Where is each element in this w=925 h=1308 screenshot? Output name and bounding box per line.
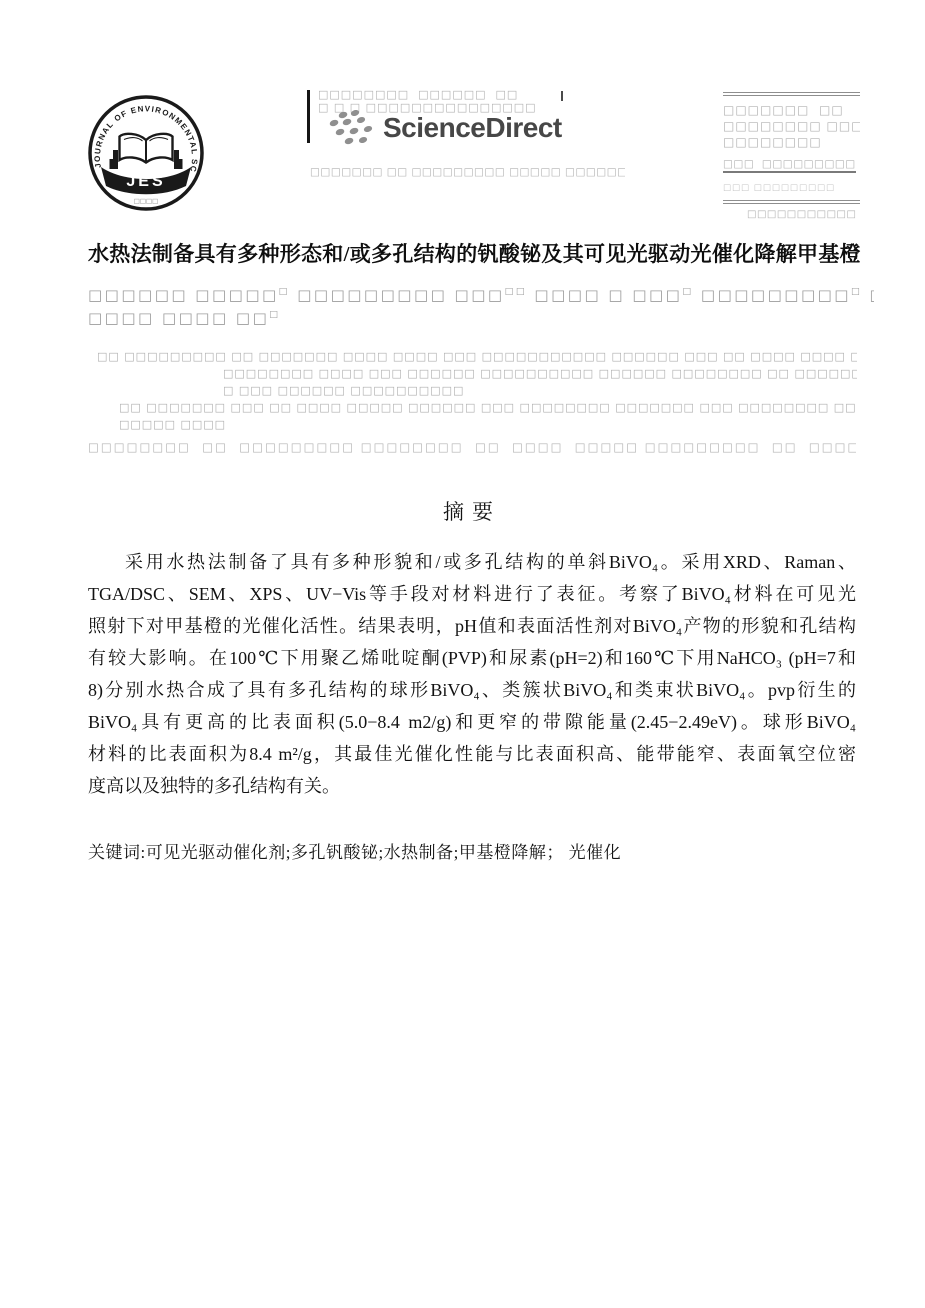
document-page: JOURNAL OF ENVIRONMENTAL SCIENCES JES □□… — [0, 0, 925, 1308]
authors-block: □□□□□□ □□□□□□ □□□□□□□□□ □□□□□ □□□□ □ □□□… — [88, 284, 874, 330]
abstract-heading: 摘要 — [88, 496, 856, 526]
jes-banner-text: JES — [126, 173, 165, 190]
vertical-rule — [307, 90, 310, 143]
received-dates-line: □□□□□□□□ □□ □□□□□□□□□ □□□□□□□□ □□ □□□□ □… — [88, 440, 856, 454]
affiliation-line: □□□□□□□□ □□□□ □□□ □□□□□□ □□□□□□□□□□ □□□□… — [97, 365, 857, 382]
article-title: 水热法制备具有多种形态和/或多孔结构的钒酸铋及其可见光驱动光催化降解甲基橙 — [88, 238, 888, 268]
double-rule-top — [723, 92, 860, 96]
journal-info-box: □□□□□□□ □□ □□□□□□□□ □□□□□ □□□□□□□□ □□□ □… — [723, 92, 860, 220]
redacted-citation-line: □□□□□□□ □□ □□□□□□□□□ □□□□□ □□□□□□□□ □□□□… — [310, 166, 625, 178]
redacted-info-small-line: □□□ □□□□□□□□□ — [723, 183, 860, 193]
abstract-line: 8)分别水热合成了具有多孔结构的球形BiVO₄、类簇状BiVO₄和类束状BiVO… — [88, 674, 856, 706]
journal-website-link[interactable]: □□□ □□□□□□□□□ — [723, 158, 856, 173]
abstract-line: 度高以及独特的多孔结构有关。 — [88, 770, 856, 802]
abstract-line: BiVO₄具有更高的比表面积(5.0−8.4 m2/g)和更窄的带隙能量(2.4… — [88, 706, 856, 738]
redacted-info-line-3: □□□□□□□□ — [723, 136, 860, 149]
affiliations-block: □□ □□□□□□□□□ □□ □□□□□□□ □□□□ □□□□ □□□ □□… — [97, 348, 857, 433]
jes-logo-icon: JOURNAL OF ENVIRONMENTAL SCIENCES JES □□… — [86, 93, 206, 213]
abstract-line: 采用水热法制备了具有多种形貌和/或多孔结构的单斜BiVO₄。采用XRD、Rama… — [88, 546, 856, 578]
abstract-body: 采用水热法制备了具有多种形貌和/或多孔结构的单斜BiVO₄。采用XRD、Rama… — [88, 546, 856, 802]
sciencedirect-block: □□□□□□□□ □□□□□□ □□ □ □ □ □□□□□□□□□□□□□□□… — [305, 88, 573, 160]
affiliation-line: □□ □□□□□□□ □□□ □□ □□□□ □□□□□ □□□□□□ □□□ … — [97, 399, 857, 416]
abstract-line: 材料的比表面积为8.4 m²/g，其最佳光催化性能与比表面积高、能带能窄、表面氧… — [88, 738, 856, 770]
tick-mark — [561, 91, 563, 101]
affiliation-line: □ □□□ □□□□□□ □□□□□□□□□□ — [97, 382, 857, 399]
keywords-line: 关键词:可见光驱动催化剂;多孔钒酸铋;水热制备;甲基橙降解； 光催化 — [88, 838, 788, 863]
redacted-info-line-1: □□□□□□□ □□ — [723, 104, 860, 117]
authors-line-1: □□□□□□ □□□□□□ □□□□□□□□□ □□□□□ □□□□ □ □□□… — [88, 284, 874, 307]
affiliation-line: □□ □□□□□□□□□ □□ □□□□□□□ □□□□ □□□□ □□□ □□… — [97, 348, 857, 365]
jes-journal-logo: JOURNAL OF ENVIRONMENTAL SCIENCES JES □□… — [86, 93, 206, 213]
abstract-line: 照射下对甲基橙的光催化活性。结果表明，pH值和表面活性剂对BiVO₄产物的形貌和… — [88, 610, 856, 642]
abstract-line: TGA/DSC、SEM、XPS、UV−Vis等手段对材料进行了表征。考察了BiV… — [88, 578, 856, 610]
sciencedirect-brand-text: ScienceDirect — [383, 112, 562, 144]
redacted-header-line-1: □□□□□□□□ □□□□□□ □□ — [318, 88, 518, 101]
double-rule-bottom — [723, 200, 860, 204]
authors-line-2: □□□□ □□□□ □□□ — [88, 307, 874, 330]
redacted-info-bottom-line: □□□□□□□□□□□ — [723, 209, 860, 220]
affiliation-line: □□□□□ □□□□ — [97, 416, 857, 433]
sciencedirect-dots-icon — [326, 110, 380, 146]
abstract-line: 有较大影响。在100℃下用聚乙烯吡啶酮(PVP)和尿素(pH=2)和160℃下用… — [88, 642, 856, 674]
redacted-info-line-2: □□□□□□□□ □□□□□ — [723, 120, 860, 133]
jes-footer-text: □□□□ — [134, 197, 159, 205]
